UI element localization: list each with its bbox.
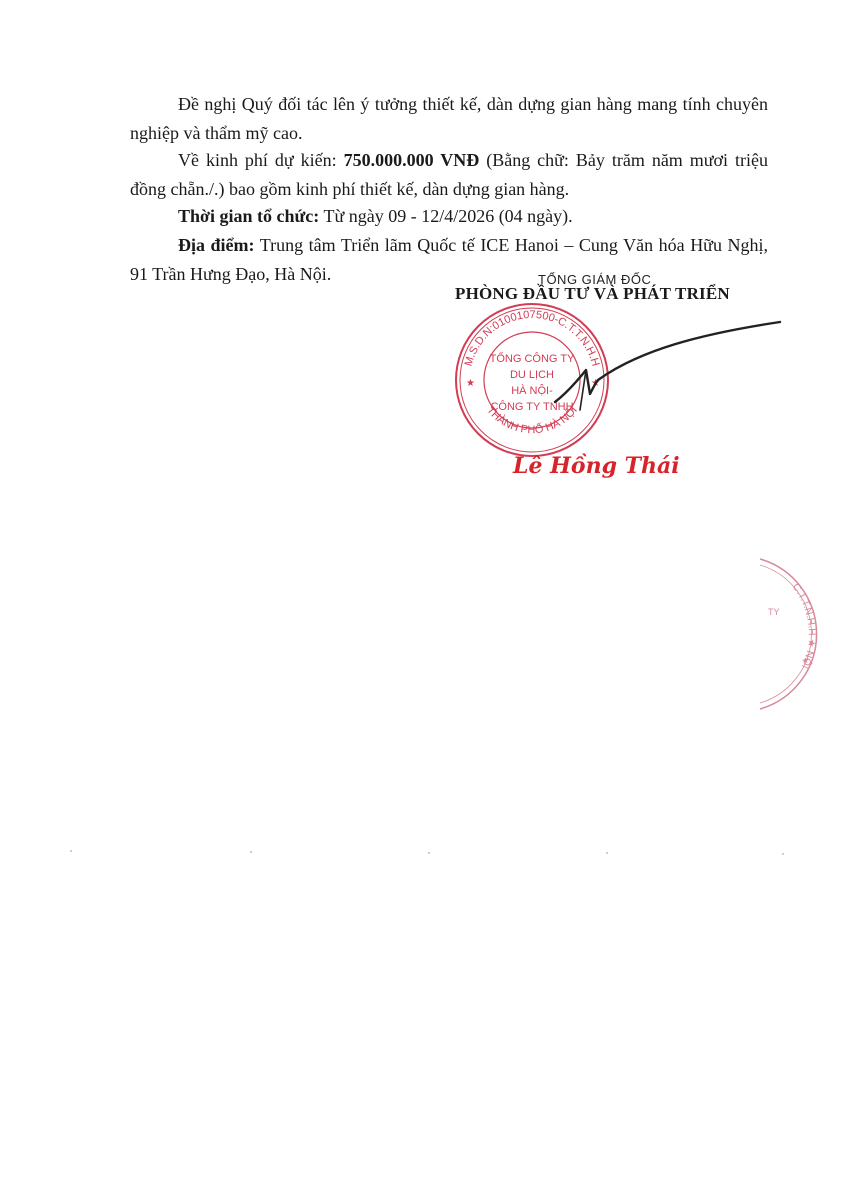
scan-dot: [70, 850, 72, 852]
partial-stamp-edge: C.T.T.N.H.H ★ NỘI TY ★: [740, 555, 830, 720]
budget-prefix: Về kinh phí dự kiến:: [178, 150, 344, 170]
paragraph-design-request: Đề nghị Quý đối tác lên ý tưởng thiết kế…: [130, 90, 768, 148]
time-label: Thời gian tổ chức:: [178, 206, 319, 226]
signature-block: M.S.D.N:0100107500-C.T.T.N.H.H THÀNH PHỐ…: [440, 270, 790, 500]
time-value: Từ ngày 09 - 12/4/2026 (04 ngày).: [319, 206, 572, 226]
scan-dot: [250, 851, 252, 853]
scan-dot: [428, 852, 430, 854]
svg-text:★: ★: [802, 656, 809, 665]
svg-text:TY: TY: [768, 607, 780, 617]
scan-dot: [606, 852, 608, 854]
signer-name: Lê Hồng Thái: [513, 453, 680, 479]
venue-label: Địa điểm:: [178, 235, 255, 255]
paragraph-time: Thời gian tổ chức: Từ ngày 09 - 12/4/202…: [130, 202, 768, 231]
document-page: Đề nghị Quý đối tác lên ý tưởng thiết kế…: [0, 0, 842, 1200]
scan-dot: [782, 853, 784, 855]
budget-amount: 750.000.000 VNĐ: [344, 150, 480, 170]
partial-stamp-icon: C.T.T.N.H.H ★ NỘI TY ★: [740, 555, 830, 715]
paragraph-budget: Về kinh phí dự kiến: 750.000.000 VNĐ (Bằ…: [130, 146, 768, 204]
